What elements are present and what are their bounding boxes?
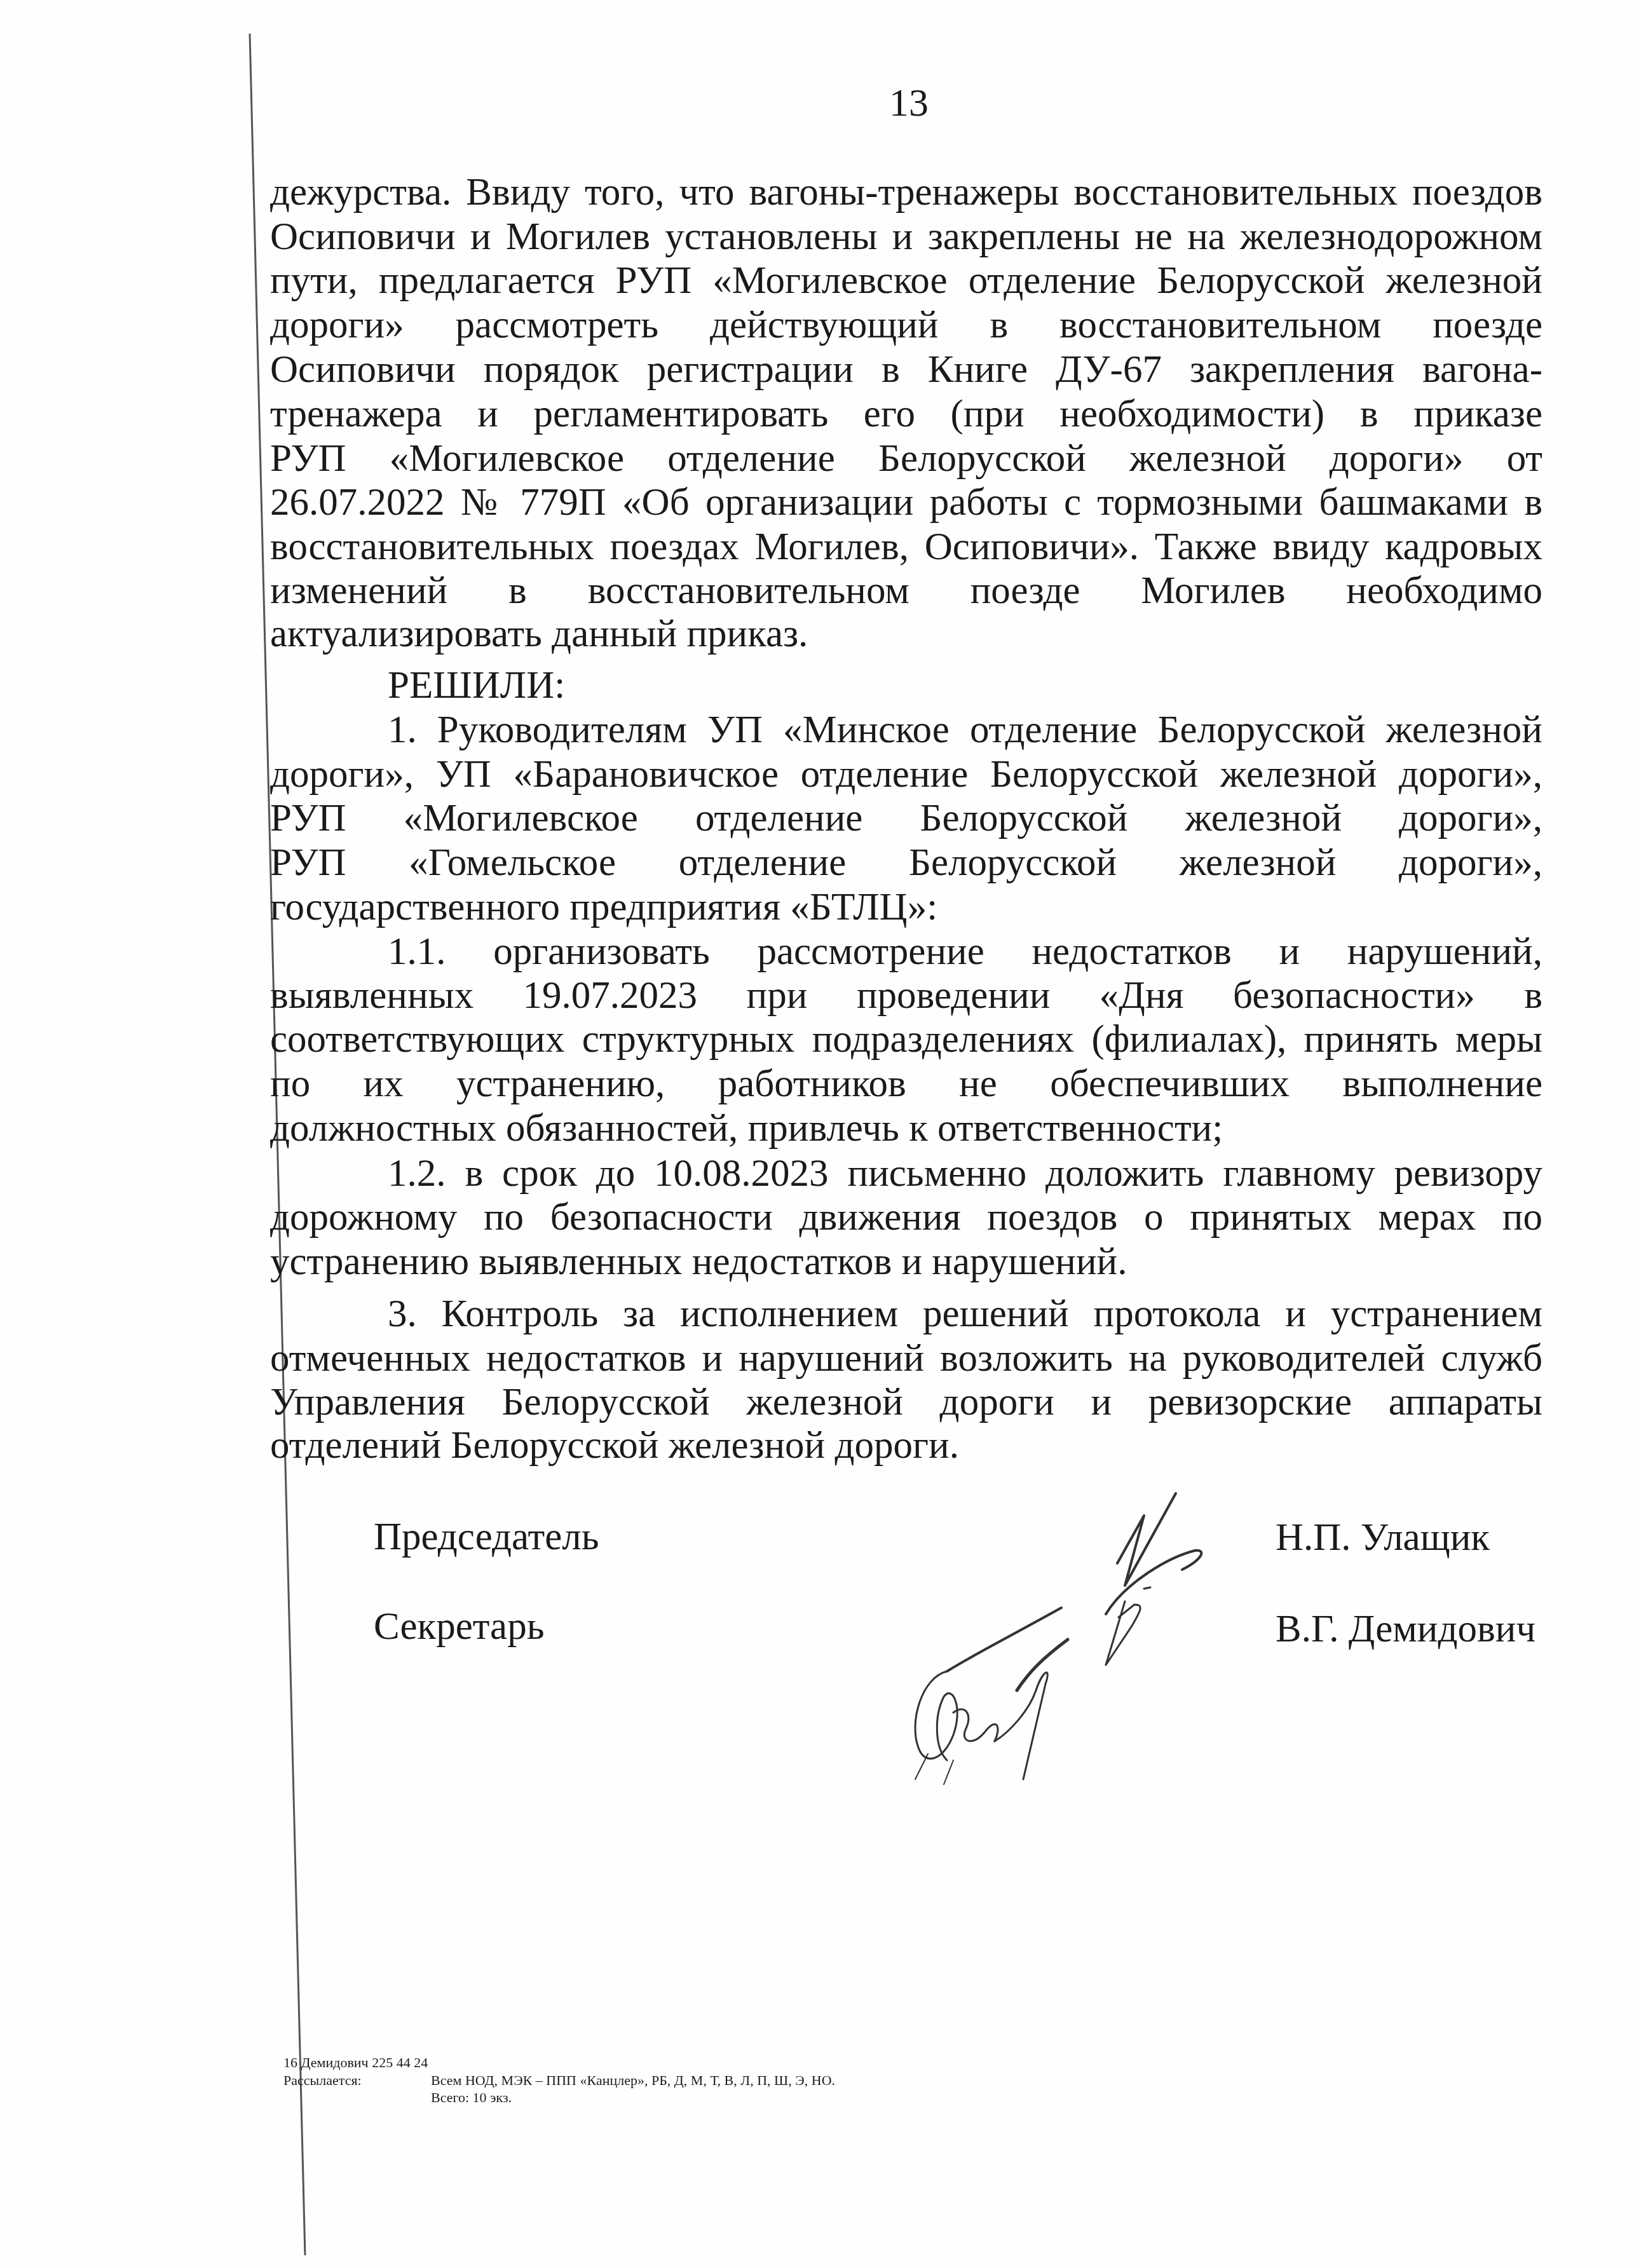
body-text-line: Осиповичи и Могилев установлены и закреп… — [270, 214, 1542, 260]
body-text-line: должностных обязанностей, привлечь к отв… — [270, 1106, 1542, 1151]
body-text-line: 1.2. в срок до 10.08.2023 письменно доло… — [388, 1151, 1542, 1197]
body-text-line: изменений в восстановительном поезде Мог… — [270, 568, 1542, 614]
body-text-line: РУП «Могилевское отделение Белорусской ж… — [270, 436, 1542, 482]
distribution-line: Рассылается:Всем НОД, МЭК – ППП «Канцлер… — [283, 2072, 835, 2089]
body-text-line: РЕШИЛИ: — [388, 663, 1542, 709]
body-text-line: 1.1. организовать рассмотрение недостатк… — [388, 929, 1542, 975]
distribution-label: Рассылается: — [283, 2072, 431, 2089]
secretary-name: В.Г. Демидович — [1276, 1606, 1535, 1652]
body-text-line: РУП «Гомельское отделение Белорусской же… — [270, 840, 1542, 886]
total-copies-line: Всего: 10 экз. — [283, 2089, 512, 2107]
handwritten-signature-icon — [763, 1481, 1220, 1786]
body-text-line: 26.07.2022 № 779П «Об организации работы… — [270, 480, 1542, 526]
body-text-line: отделений Белорусской железной дороги. — [270, 1423, 1542, 1469]
body-text-line: тренажера и регламентировать его (при не… — [270, 391, 1542, 437]
body-text-line: отмеченных недостатков и нарушений возло… — [270, 1336, 1542, 1382]
body-text-line: дороги», УП «Барановичское отделение Бел… — [270, 752, 1542, 798]
distribution-list: Всем НОД, МЭК – ППП «Канцлер», РБ, Д, М,… — [431, 2072, 835, 2088]
body-text-line: устранению выявленных недостатков и нару… — [270, 1239, 1542, 1285]
body-text-line: восстановительных поездах Могилев, Осипо… — [270, 524, 1542, 570]
body-text-line: дежурства. Ввиду того, что вагоны-тренаж… — [270, 170, 1542, 215]
body-text-line: 3. Контроль за исполнением решений прото… — [388, 1291, 1542, 1337]
body-text-line: дорожному по безопасности движения поезд… — [270, 1195, 1542, 1240]
body-text-line: соответствующих структурных подразделени… — [270, 1017, 1542, 1063]
page-number: 13 — [845, 80, 972, 126]
body-text-line: актуализировать данный приказ. — [270, 611, 1542, 657]
document-page: 13 дежурства. Ввиду того, что вагоны-тре… — [0, 0, 1634, 2268]
body-text-line: РУП «Могилевское отделение Белорусской ж… — [270, 796, 1542, 841]
body-text-line: Управления Белорусской железной дороги и… — [270, 1380, 1542, 1425]
body-text-line: государственного предприятия «БТЛЦ»: — [270, 885, 1542, 930]
total-copies: Всего: 10 экз. — [431, 2089, 512, 2105]
body-text-line: выявленных 19.07.2023 при проведении «Дн… — [270, 973, 1542, 1019]
body-text-line: пути, предлагается РУП «Могилевское отде… — [270, 258, 1542, 304]
body-text-line: по их устранению, работников не обеспечи… — [270, 1061, 1542, 1107]
chairman-title: Председатель — [374, 1514, 599, 1560]
body-text-line: Осиповичи порядок регистрации в Книге ДУ… — [270, 347, 1542, 393]
chairman-name: Н.П. Улащик — [1276, 1515, 1490, 1561]
secretary-title: Секретарь — [374, 1604, 545, 1650]
executor-contact: 16 Демидович 225 44 24 — [283, 2054, 428, 2070]
body-text-line: 1. Руководителям УП «Минское отделение Б… — [388, 707, 1542, 753]
body-text-line: дороги» рассмотреть действующий в восста… — [270, 302, 1542, 348]
executor-line: 16 Демидович 225 44 24 — [283, 2054, 428, 2072]
